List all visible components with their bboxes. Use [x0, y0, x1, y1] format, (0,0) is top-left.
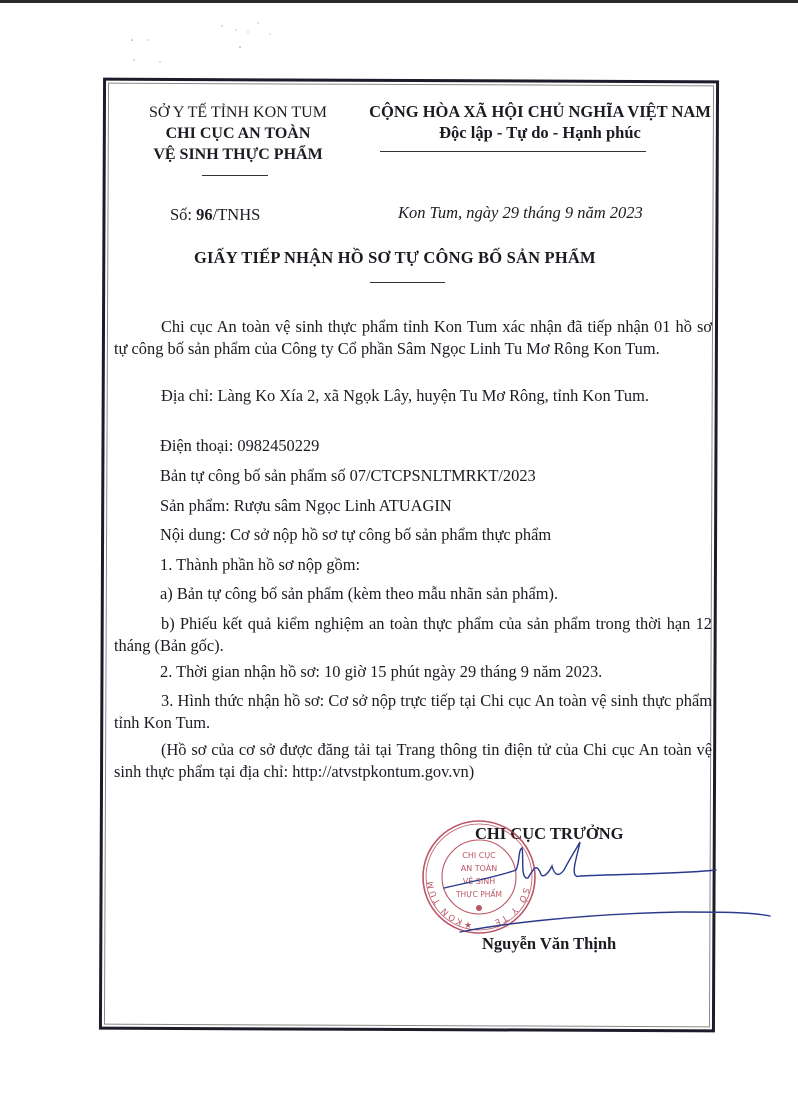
content-line: Nội dung: Cơ sở nộp hồ sơ tự công bố sản… — [160, 525, 551, 545]
item-3: 3. Hình thức nhận hồ sơ: Cơ sở nộp trực … — [114, 690, 712, 734]
document-number: Số: 96/TNHS — [170, 205, 260, 225]
issuing-agency-block: SỞ Y TẾ TỈNH KON TUM CHI CỤC AN TOÀN VỆ … — [118, 102, 358, 165]
note-paragraph: (Hồ sơ của cơ sở được đăng tải tại Trang… — [114, 739, 712, 783]
product-line: Sản phẩm: Rượu sâm Ngọc Linh ATUAGIN — [160, 496, 452, 516]
agency-underline — [202, 175, 268, 176]
country-name: CỘNG HÒA XÃ HỘI CHỦ NGHĨA VIỆT NAM — [350, 101, 730, 122]
place-date: Kon Tum, ngày 29 tháng 9 năm 2023 — [398, 203, 643, 223]
address-paragraph: Địa chỉ: Làng Ko Xía 2, xã Ngọk Lây, huy… — [114, 385, 712, 407]
item-1a: a) Bản tự công bố sản phẩm (kèm theo mẫu… — [160, 584, 558, 604]
motto: Độc lập - Tự do - Hạnh phúc — [350, 122, 730, 143]
agency-parent: SỞ Y TẾ TỈNH KON TUM — [118, 102, 358, 123]
phone-line: Điện thoại: 0982450229 — [160, 436, 319, 456]
national-motto-block: CỘNG HÒA XÃ HỘI CHỦ NGHĨA VIỆT NAM Độc l… — [350, 101, 730, 143]
intro-paragraph: Chi cục An toàn vệ sinh thực phẩm tỉnh K… — [114, 316, 712, 360]
document-title: GIẤY TIẾP NHẬN HỒ SƠ TỰ CÔNG BỐ SẢN PHẨM — [194, 248, 596, 268]
motto-underline — [380, 151, 646, 152]
declaration-line: Bản tự công bố sản phẩm số 07/CTCPSNLTMR… — [160, 466, 536, 486]
item-2: 2. Thời gian nhận hồ sơ: 10 giờ 15 phút … — [160, 662, 602, 682]
item-1: 1. Thành phần hồ sơ nộp gồm: — [160, 555, 360, 575]
scan-specks — [120, 20, 320, 70]
signer-name: Nguyễn Văn Thịnh — [482, 934, 616, 954]
agency-name-line2: VỆ SINH THỰC PHẨM — [118, 144, 358, 165]
agency-name-line1: CHI CỤC AN TOÀN — [118, 123, 358, 144]
title-underline — [370, 282, 445, 283]
scan-top-edge — [0, 0, 798, 3]
item-1b: b) Phiếu kết quả kiểm nghiệm an toàn thự… — [114, 613, 712, 657]
